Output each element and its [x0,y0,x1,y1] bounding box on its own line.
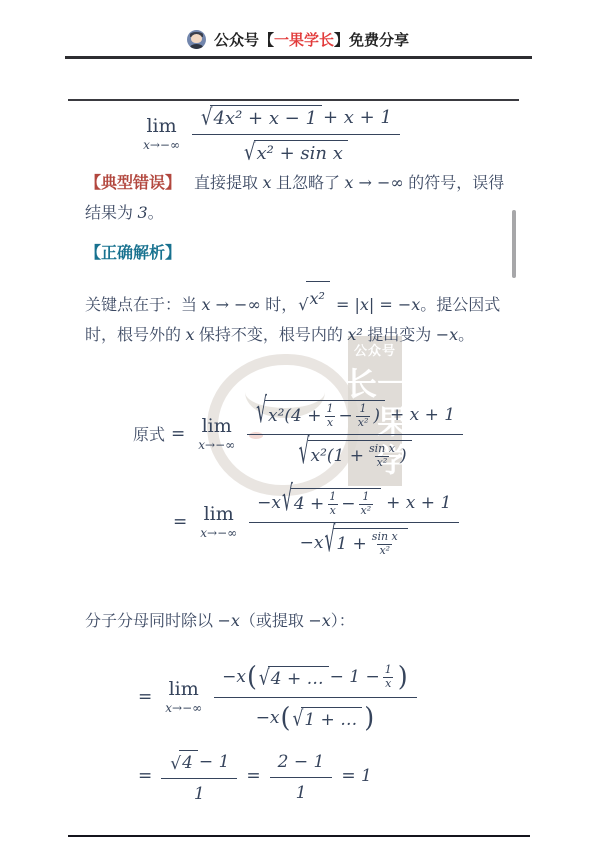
bottom-rule [68,835,530,837]
sqrt: √4 + 1x − 1x² [282,488,381,517]
fraction: √4 − 1 1 [161,748,237,804]
sqrt: √1 + sin xx² [324,528,407,557]
small-fraction: 1x [324,403,335,429]
fraction: −x ( √4 + … − 1 − 1x ) −x ( √1 + … ) [214,660,417,733]
brand-name: 一果学长 [274,32,334,49]
small-fraction: 1x [383,664,394,690]
error-paragraph: 【典型错误】直接提取 x 且忽略了 x → −∞ 的符号，误得结果为 3。 [85,168,519,228]
sqrt: √x² [298,281,330,313]
correct-heading: 【正确解析】 [85,239,519,268]
fraction: 2 − 1 1 [270,750,333,803]
radical-icon: √ [256,396,267,431]
formula-step-3: = limx→−∞ −x ( √4 + … − 1 − 1x ) −x ( √1… [138,660,422,733]
sqrt: √x²(4 + 1x − 1x²) [256,400,385,429]
top-rule [65,56,532,59]
small-fraction: sin xx² [370,531,400,557]
divide-paragraph: 分子分母同时除以 −x（或提取 −x）： [85,606,519,636]
fraction: √x²(4 + 1x − 1x²) + x + 1 √x²(1 + sin xx… [247,398,463,470]
right-paren: ) [398,661,408,693]
limit-operator: limx→−∞ [200,505,237,539]
radical-icon: √ [282,484,293,519]
formula-prefix: 原式 [133,422,165,445]
sqrt: √1 + … [292,707,362,730]
left-paren: ( [247,661,257,693]
right-paren: ) [364,702,374,734]
small-fraction: 1x² [359,491,374,517]
limit-operator: limx→−∞ [198,417,235,451]
radical-icon: √ [292,709,303,730]
fraction: −x √4 + 1x − 1x² + x + 1 −x √1 + sin xx² [249,486,459,558]
small-fraction: sin xx² [367,443,397,469]
radical-icon: √ [299,436,310,471]
header-title: 公众号【一果学长】免费分享 [214,29,409,50]
small-fraction: 1x [327,491,338,517]
radical-icon: √ [244,142,255,165]
formula-step-1: 原式 = limx→−∞ √x²(4 + 1x − 1x²) + x + 1 √… [133,398,468,470]
keypoint-paragraph: 关键点在于：当 x → −∞ 时，√x² = |x| = −x。提公因式时，根号… [85,281,519,350]
limit-operator: lim x→−∞ [143,117,180,151]
document-page: 公众号【一果学长】免费分享 公众号 一果学长 lim x→−∞ √4x² + x… [0,0,596,842]
wechat-account-avatar-icon [187,30,206,49]
formula-main: lim x→−∞ √4x² + x − 1 + x + 1 √x² + sin … [0,103,541,164]
left-paren: ( [281,702,291,734]
limit-operator: limx→−∞ [165,680,202,714]
radical-icon: √ [201,107,212,130]
small-fraction: 1x² [356,403,371,429]
sqrt: √x² + sin x [244,140,348,164]
page-header: 公众号【一果学长】免费分享 [0,29,596,50]
sqrt: √4 + … [259,666,329,689]
main-fraction: √4x² + x − 1 + x + 1 √x² + sin x [192,103,400,164]
scrollbar-thumb[interactable] [512,210,516,278]
formula-step-4: = √4 − 1 1 = 2 − 1 1 = 1 [138,748,372,804]
sqrt: √x²(1 + sin xx²) [299,440,412,469]
content-top-rule [68,99,519,101]
formula-step-2: = limx→−∞ −x √4 + 1x − 1x² + x + 1 −x √1… [173,486,464,558]
radical-icon: √ [324,524,335,559]
sqrt: √4 [170,750,198,773]
error-label: 【典型错误】 [85,175,181,192]
radical-icon: √ [259,668,270,689]
sqrt: √4x² + x − 1 [201,105,322,129]
